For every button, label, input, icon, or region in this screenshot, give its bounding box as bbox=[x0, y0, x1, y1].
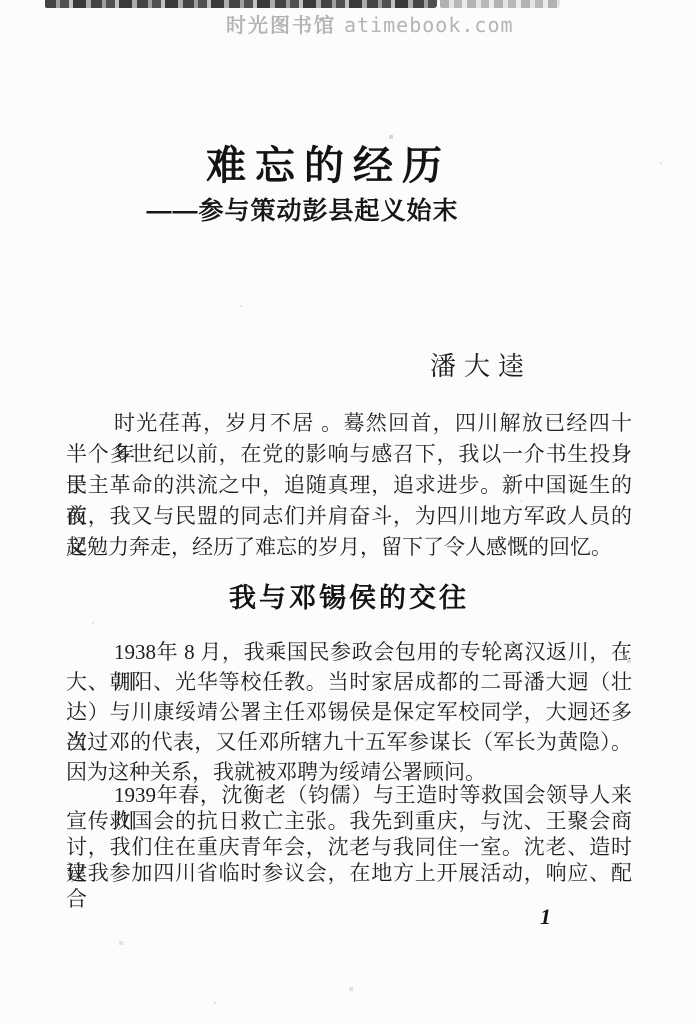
page-number: 1 bbox=[540, 904, 551, 930]
author-name: 潘大逵 bbox=[66, 346, 632, 383]
scanned-book-page: 时光图书馆atimebook.com 难忘的经历 ——参与策动彭县起义始末 潘大… bbox=[0, 0, 697, 1024]
text-line: 1938年 8 月，我乘国民参政会包用的专轮离汉返川，在川 bbox=[66, 637, 632, 667]
text-line: 时光荏苒，岁月不居 。蓦然回首，四川解放已经四十年！ bbox=[66, 408, 632, 439]
scan-artifact-ink-band bbox=[45, 0, 437, 8]
watermark: 时光图书馆atimebook.com bbox=[226, 9, 514, 38]
text-line: 义勉力奔走，经历了难忘的岁月，留下了令人感慨的回忆。 bbox=[66, 532, 632, 563]
paragraph-3: 1939年春，沈衡老（钧儒）与王造时等救国会领导人来川 宣传救国会的抗日救亡主张… bbox=[66, 782, 632, 886]
text-line: 达）与川康绥靖公署主任邓锡侯是保定军校同学，大迵还多次 bbox=[66, 697, 632, 727]
text-line: 大、朝阳、光华等校任教。当时家居成都的二哥潘大迵（壮 bbox=[66, 667, 632, 697]
paragraph-2: 1938年 8 月，我乘国民参政会包用的专轮离汉返川，在川 大、朝阳、光华等校任… bbox=[66, 637, 632, 787]
scan-artifact-ink-band-faint bbox=[440, 0, 560, 8]
paragraph-1: 时光荏苒，岁月不居 。蓦然回首，四川解放已经四十年！ 半个多世纪以前，在党的影响… bbox=[66, 408, 632, 563]
text-line: 半个多世纪以前，在党的影响与感召下，我以一介书生投身于 bbox=[66, 439, 632, 470]
watermark-site-name: 时光图书馆 bbox=[226, 13, 336, 37]
text-line: 当过邓的代表，又任邓所辖九十五军参谋长（军长为黄隐）。 bbox=[66, 727, 632, 757]
article-subtitle: ——参与策动彭县起义始末 bbox=[0, 191, 651, 227]
text-line: 1939年春，沈衡老（钧儒）与王造时等救国会领导人来川 bbox=[66, 782, 632, 808]
section-heading: 我与邓锡侯的交往 bbox=[66, 576, 632, 615]
text-line: 议我参加四川省临时参议会，在地方上开展活动，响应、配合 bbox=[66, 860, 632, 886]
text-line: 宣传救国会的抗日救亡主张。我先到重庆，与沈、王聚会商 bbox=[66, 808, 632, 834]
watermark-site-url: atimebook.com bbox=[344, 13, 514, 37]
text-line: 夜，我又与民盟的同志们并肩奋斗，为四川地方军政人员的起 bbox=[66, 501, 632, 532]
article-title: 难忘的经历 bbox=[0, 134, 677, 191]
text-line: 民主革命的洪流之中，追随真理，追求进步。新中国诞生的前 bbox=[66, 470, 632, 501]
scan-noise-speckles bbox=[0, 0, 2, 2]
text-line: 讨，我们住在重庆青年会，沈老与我同住一室。沈老、造时建 bbox=[66, 834, 632, 860]
